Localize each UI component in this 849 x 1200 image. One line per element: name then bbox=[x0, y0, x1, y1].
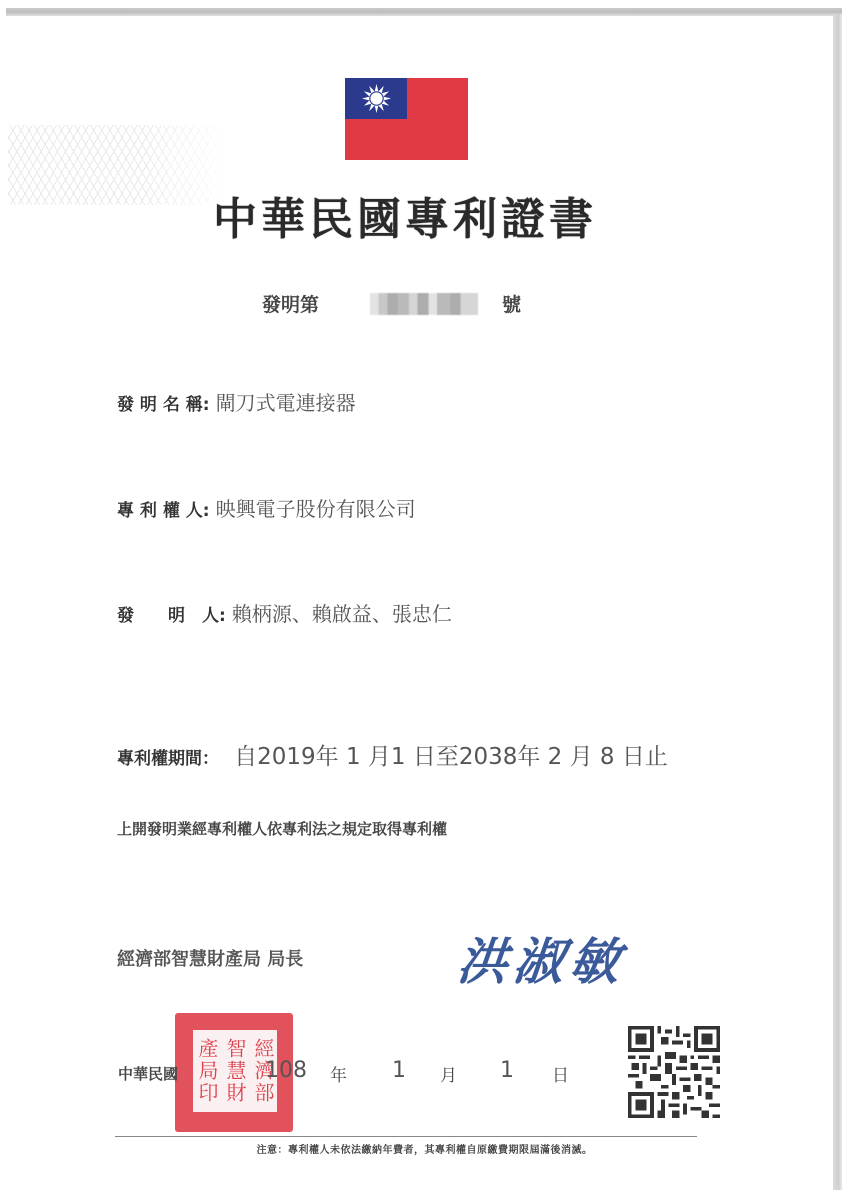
patent-number-prefix: 發明第 bbox=[262, 290, 319, 317]
field-label: 專 利 權 人: bbox=[117, 496, 210, 521]
field-invention-name: 發 明 名 稱: 閘刀式電連接器 bbox=[117, 387, 356, 416]
field-value: 閘刀式電連接器 bbox=[216, 391, 356, 415]
patent-number-suffix: 號 bbox=[502, 290, 521, 317]
issue-date-day: 1 bbox=[500, 1058, 514, 1083]
field-inventors: 發 明 人: 賴柄源、賴啟益、張忠仁 bbox=[117, 598, 452, 627]
certificate-title: 中華民國專利證書 bbox=[195, 183, 615, 247]
field-label: 發 明 名 稱: bbox=[117, 390, 210, 415]
annuity-notice: 注意：專利權人未依法繳納年費者，其專利權自原繳費期限屆滿後消滅。 bbox=[0, 1141, 849, 1156]
field-patentee: 專 利 權 人: 映興電子股份有限公司 bbox=[117, 493, 416, 522]
grant-statement: 上開發明業經專利權人依專利法之規定取得專利權 bbox=[117, 818, 447, 839]
field-value: 映興電子股份有限公司 bbox=[216, 497, 416, 521]
field-label: 發 明 人: bbox=[117, 601, 226, 626]
qr-code bbox=[628, 1026, 720, 1118]
patent-term-label: 專利權期間： bbox=[117, 749, 219, 769]
qr-code-icon bbox=[628, 1026, 720, 1118]
issue-date-row: 中華民國 108 年 1 月 1 日 bbox=[0, 1058, 849, 1086]
flag-canton bbox=[345, 78, 407, 119]
scan-edge-right bbox=[833, 14, 842, 1190]
footer-divider bbox=[115, 1136, 697, 1137]
issue-date-month-unit: 月 bbox=[440, 1061, 457, 1086]
patent-term-value: 自2019年 1 月1 日至2038年 2 月 8 日止 bbox=[234, 744, 668, 770]
field-value: 賴柄源、賴啟益、張忠仁 bbox=[232, 602, 452, 626]
issue-date-era: 中華民國 bbox=[118, 1063, 178, 1084]
national-flag bbox=[345, 78, 468, 160]
white-sun-icon bbox=[361, 83, 392, 114]
scan-edge-top bbox=[6, 8, 842, 16]
issue-date-day-unit: 日 bbox=[552, 1061, 569, 1086]
issue-date-year: 108 bbox=[265, 1058, 307, 1083]
patent-term: 專利權期間： 自2019年 1 月1 日至2038年 2 月 8 日止 bbox=[117, 738, 668, 771]
patent-number-redacted bbox=[370, 293, 478, 315]
director-signature: 洪淑敏 bbox=[454, 922, 630, 994]
issue-date-year-unit: 年 bbox=[330, 1061, 347, 1086]
issuer-title: 經濟部智慧財產局 局長 bbox=[117, 945, 303, 971]
issue-date-month: 1 bbox=[392, 1058, 406, 1083]
